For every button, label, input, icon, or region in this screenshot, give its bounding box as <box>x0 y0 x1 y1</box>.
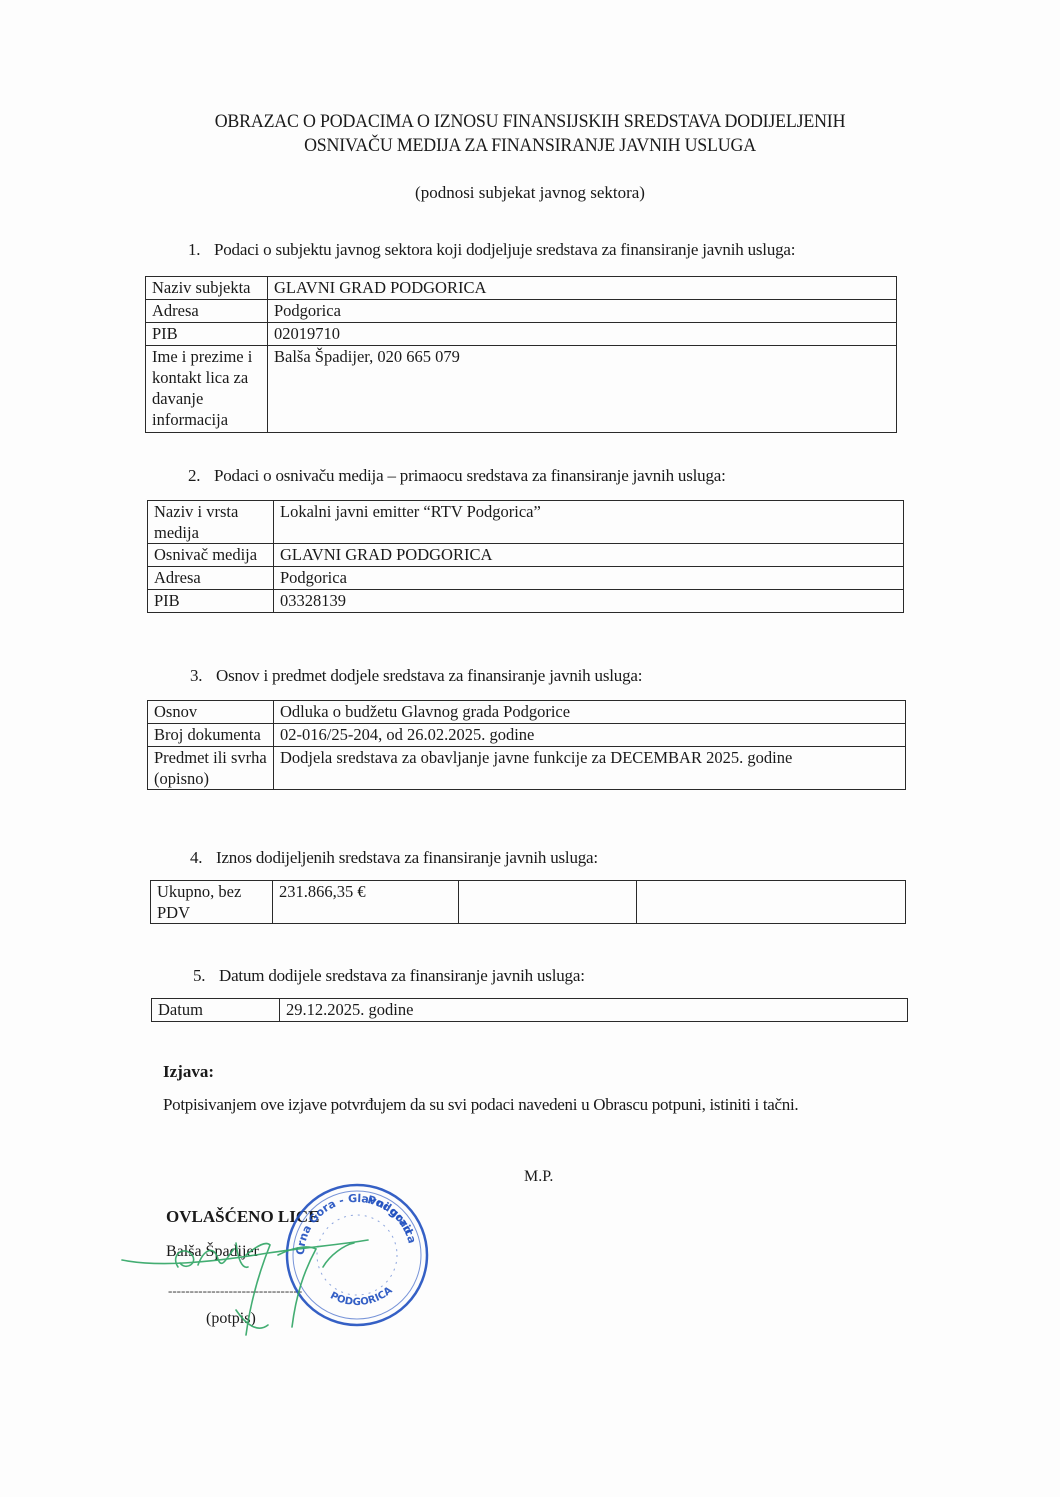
section3-number: 3. <box>190 666 216 686</box>
section4-table: Ukupno, bez PDV 231.866,35 € <box>150 880 906 924</box>
contact-label: Ime i prezime i kontakt lica za davanje … <box>146 346 268 433</box>
section4-heading-text: Iznos dodijeljenih sredstava za finansir… <box>216 848 598 867</box>
section1-table: Naziv subjekta GLAVNI GRAD PODGORICA Adr… <box>145 276 897 433</box>
naziv-subjekta-value: GLAVNI GRAD PODGORICA <box>268 277 897 300</box>
section5-table: Datum 29.12.2025. godine <box>151 998 908 1022</box>
statement-text: Potpisivanjem ove izjave potvrđujem da s… <box>163 1095 798 1115</box>
pib-label: PIB <box>146 323 268 346</box>
section5-number: 5. <box>193 966 219 986</box>
osnov-value: Odluka o budžetu Glavnog grada Podgorice <box>274 701 906 724</box>
document-title-line2: OSNIVAČU MEDIJA ZA FINANSIRANJE JAVNIH U… <box>32 134 1028 158</box>
table-row: Ukupno, bez PDV 231.866,35 € <box>151 881 906 924</box>
document-subtitle: (podnosi subjekat javnog sektora) <box>0 183 1060 203</box>
table-row: Ime i prezime i kontakt lica za davanje … <box>146 346 897 433</box>
pib-value: 03328139 <box>274 590 904 613</box>
osnivac-medija-value: GLAVNI GRAD PODGORICA <box>274 544 904 567</box>
section5-heading-text: Datum dodijele sredstava za finansiranje… <box>219 966 585 985</box>
section3-heading: 3.Osnov i predmet dodjele sredstava za f… <box>190 666 642 686</box>
table-row: Osnov Odluka o budžetu Glavnog grada Pod… <box>148 701 906 724</box>
table-row: Adresa Podgorica <box>146 300 897 323</box>
contact-value: Balša Špadijer, 020 665 079 <box>268 346 897 433</box>
naziv-vrsta-medija-label: Naziv i vrsta medija <box>148 501 274 544</box>
pib-value: 02019710 <box>268 323 897 346</box>
ukupno-value: 231.866,35 € <box>273 881 459 924</box>
section1-number: 1. <box>188 240 214 260</box>
section1-heading-text: Podaci o subjektu javnog sektora koji do… <box>214 240 795 259</box>
section2-table: Naziv i vrsta medija Lokalni javni emitt… <box>147 500 904 613</box>
adresa-value: Podgorica <box>268 300 897 323</box>
predmet-value: Dodjela sredstava za obavljanje javne fu… <box>274 747 906 790</box>
adresa-label: Adresa <box>148 567 274 590</box>
table-row: Naziv i vrsta medija Lokalni javni emitt… <box>148 501 904 544</box>
pib-label: PIB <box>148 590 274 613</box>
section2-heading: 2.Podaci o osnivaču medija – primaocu sr… <box>188 466 726 486</box>
predmet-label: Predmet ili svrha (opisno) <box>148 747 274 790</box>
mp-label: M.P. <box>524 1168 553 1186</box>
table-row: Naziv subjekta GLAVNI GRAD PODGORICA <box>146 277 897 300</box>
statement-heading: Izjava: <box>163 1062 214 1082</box>
table-row: Broj dokumenta 02-016/25-204, od 26.02.2… <box>148 724 906 747</box>
table-row: Osnivač medija GLAVNI GRAD PODGORICA <box>148 544 904 567</box>
table-row: PIB 03328139 <box>148 590 904 613</box>
section4-heading: 4.Iznos dodijeljenih sredstava za finans… <box>190 848 598 868</box>
section2-number: 2. <box>188 466 214 486</box>
table-row: Adresa Podgorica <box>148 567 904 590</box>
broj-dokumenta-label: Broj dokumenta <box>148 724 274 747</box>
naziv-vrsta-medija-value: Lokalni javni emitter “RTV Podgorica” <box>274 501 904 544</box>
table-row: PIB 02019710 <box>146 323 897 346</box>
section1-heading: 1.Podaci o subjektu javnog sektora koji … <box>188 240 795 260</box>
empty-cell <box>637 881 906 924</box>
table-row: Predmet ili svrha (opisno) Dodjela sreds… <box>148 747 906 790</box>
adresa-value: Podgorica <box>274 567 904 590</box>
adresa-label: Adresa <box>146 300 268 323</box>
naziv-subjekta-label: Naziv subjekta <box>146 277 268 300</box>
ukupno-label: Ukupno, bez PDV <box>151 881 273 924</box>
empty-cell <box>459 881 637 924</box>
section3-table: Osnov Odluka o budžetu Glavnog grada Pod… <box>147 700 906 790</box>
section4-number: 4. <box>190 848 216 868</box>
broj-dokumenta-value: 02-016/25-204, od 26.02.2025. godine <box>274 724 906 747</box>
document-title-line1: OBRAZAC O PODACIMA O IZNOSU FINANSIJSKIH… <box>32 110 1028 134</box>
datum-label: Datum <box>152 999 280 1022</box>
datum-value: 29.12.2025. godine <box>280 999 908 1022</box>
osnov-label: Osnov <box>148 701 274 724</box>
handwritten-signature-icon <box>118 1215 388 1345</box>
section5-heading: 5.Datum dodijele sredstava za finansiran… <box>193 966 585 986</box>
section2-heading-text: Podaci o osnivaču medija – primaocu sred… <box>214 466 726 485</box>
osnivac-medija-label: Osnivač medija <box>148 544 274 567</box>
table-row: Datum 29.12.2025. godine <box>152 999 908 1022</box>
section3-heading-text: Osnov i predmet dodjele sredstava za fin… <box>216 666 642 685</box>
